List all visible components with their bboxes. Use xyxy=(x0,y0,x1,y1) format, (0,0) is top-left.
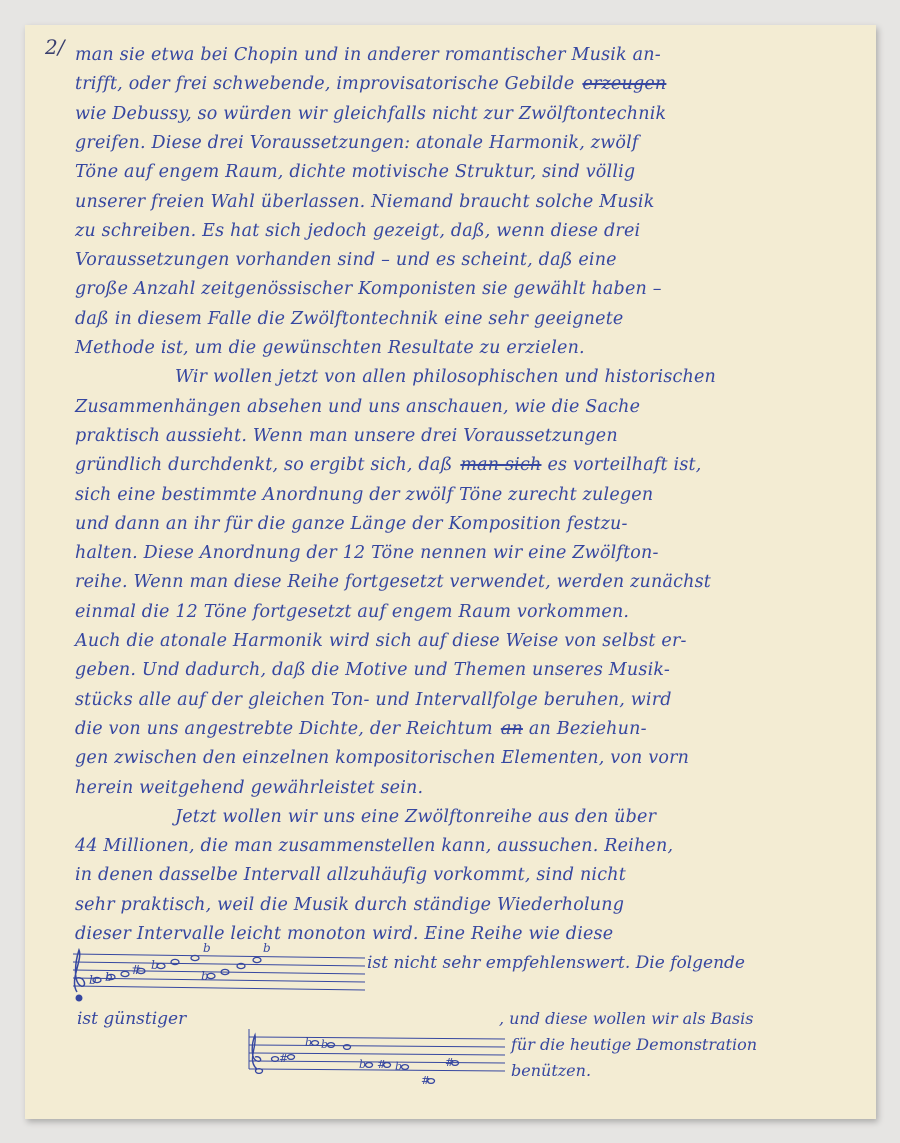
manuscript-line: greifen. Diese drei Voraussetzungen: ato… xyxy=(75,133,639,153)
manuscript-line: geben. Und dadurch, daß die Motive und T… xyxy=(75,660,670,680)
svg-text:#: # xyxy=(279,1052,288,1065)
example2-prefix: ist günstiger xyxy=(77,1009,186,1029)
line-text: Wir wollen jetzt von allen philosophisch… xyxy=(175,367,716,387)
manuscript-line: gen zwischen den einzelnen kompositorisc… xyxy=(75,748,689,768)
manuscript-line: halten. Diese Anordnung der 12 Töne nenn… xyxy=(75,543,659,563)
line-text: Auch die atonale Harmonik wird sich auf … xyxy=(75,631,687,651)
manuscript-line: in denen dasselbe Intervall allzuhäufig … xyxy=(75,865,626,885)
manuscript-line: Auch die atonale Harmonik wird sich auf … xyxy=(75,631,687,651)
manuscript-line: man sie etwa bei Chopin und in anderer r… xyxy=(75,45,661,65)
line-text: sich eine bestimmte Anordnung der zwölf … xyxy=(75,485,653,505)
line-text: Töne auf engem Raum, dichte motivische S… xyxy=(75,162,635,182)
staff-notation-icon: b b # b b b b xyxy=(65,940,375,1006)
line-text: halten. Diese Anordnung der 12 Töne nenn… xyxy=(75,543,659,563)
manuscript-line: sich eine bestimmte Anordnung der zwölf … xyxy=(75,485,653,505)
manuscript-line: wie Debussy, so würden wir gleichfalls n… xyxy=(75,104,666,124)
line-text: einmal die 12 Töne fortgesetzt auf engem… xyxy=(75,602,629,622)
manuscript-page: 2/ man sie etwa bei Chopin und in andere… xyxy=(25,25,876,1119)
manuscript-line: gründlich durchdenkt, so ergibt sich, da… xyxy=(75,455,702,475)
manuscript-line: sehr praktisch, weil die Musik durch stä… xyxy=(75,895,624,915)
line-text: greifen. Diese drei Voraussetzungen: ato… xyxy=(75,133,639,153)
svg-text:#: # xyxy=(445,1056,454,1069)
line-text: praktisch aussieht. Wenn man unsere drei… xyxy=(75,426,618,446)
svg-text:b: b xyxy=(305,1036,312,1049)
line-text: die von uns angestrebte Dichte, der Reic… xyxy=(75,719,493,739)
manuscript-line: reihe. Wenn man diese Reihe fortgesetzt … xyxy=(75,572,711,592)
manuscript-line: stücks alle auf der gleichen Ton- und In… xyxy=(75,690,672,710)
svg-text:b: b xyxy=(201,969,209,983)
line-text-continuation: es vorteilhaft ist, xyxy=(547,455,701,475)
manuscript-line: herein weitgehend gewährleistet sein. xyxy=(75,778,423,798)
line-text: stücks alle auf der gleichen Ton- und In… xyxy=(75,690,672,710)
manuscript-line: praktisch aussieht. Wenn man unsere drei… xyxy=(75,426,618,446)
line-text: trifft, oder frei schwebende, improvisat… xyxy=(75,74,574,94)
manuscript-line: einmal die 12 Töne fortgesetzt auf engem… xyxy=(75,602,629,622)
line-text: gründlich durchdenkt, so ergibt sich, da… xyxy=(75,455,452,475)
manuscript-line: Zusammenhängen absehen und uns anschauen… xyxy=(75,397,640,417)
svg-text:b: b xyxy=(105,970,113,984)
line-text: herein weitgehend gewährleistet sein. xyxy=(75,778,423,798)
example1-caption: ist nicht sehr empfehlenswert. Die folge… xyxy=(367,953,745,973)
page-number: 2/ xyxy=(45,35,64,59)
svg-text:#: # xyxy=(377,1058,386,1071)
svg-text:b: b xyxy=(89,973,97,987)
svg-text:b: b xyxy=(395,1060,402,1073)
manuscript-line: trifft, oder frei schwebende, improvisat… xyxy=(75,74,666,94)
example2-caption-line: für die heutige Demonstration xyxy=(511,1035,757,1054)
line-text: 44 Millionen, die man zusammenstellen ka… xyxy=(75,836,673,856)
line-text: Voraussetzungen vorhanden sind – und es … xyxy=(75,250,617,270)
line-text: in denen dasselbe Intervall allzuhäufig … xyxy=(75,865,626,885)
line-text: Methode ist, um die gewünschten Resultat… xyxy=(75,338,585,358)
manuscript-line: unserer freien Wahl überlassen. Niemand … xyxy=(75,192,655,212)
manuscript-line: zu schreiben. Es hat sich jedoch gezeigt… xyxy=(75,221,640,241)
line-text: zu schreiben. Es hat sich jedoch gezeigt… xyxy=(75,221,640,241)
music-example-2-preferred-row: # b b b # b # # xyxy=(243,1025,513,1095)
manuscript-line: Methode ist, um die gewünschten Resultat… xyxy=(75,338,585,358)
line-text: reihe. Wenn man diese Reihe fortgesetzt … xyxy=(75,572,711,592)
line-text: große Anzahl zeitgenössischer Komponiste… xyxy=(75,279,662,299)
manuscript-line: Töne auf engem Raum, dichte motivische S… xyxy=(75,162,635,182)
staff-notation-icon: # b b b # b # # xyxy=(243,1025,513,1095)
struck-out-word: erzeugen xyxy=(582,74,666,94)
example2-caption-line: , und diese wollen wir als Basis xyxy=(499,1009,753,1028)
line-text: gen zwischen den einzelnen kompositorisc… xyxy=(75,748,689,768)
line-text: Zusammenhängen absehen und uns anschauen… xyxy=(75,397,640,417)
line-text: daß in diesem Falle die Zwölftontechnik … xyxy=(75,309,623,329)
line-text: und dann an ihr für die ganze Länge der … xyxy=(75,514,628,534)
music-example-1-not-recommended-row: b b # b b b b xyxy=(65,940,375,1006)
manuscript-line: Wir wollen jetzt von allen philosophisch… xyxy=(175,367,716,387)
line-text: unserer freien Wahl überlassen. Niemand … xyxy=(75,192,655,212)
svg-text:#: # xyxy=(131,963,141,977)
svg-text:b: b xyxy=(359,1058,366,1071)
manuscript-line: 44 Millionen, die man zusammenstellen ka… xyxy=(75,836,673,856)
manuscript-line: Jetzt wollen wir uns eine Zwölftonreihe … xyxy=(175,807,656,827)
line-text: man sie etwa bei Chopin und in anderer r… xyxy=(75,45,661,65)
svg-text:b: b xyxy=(321,1038,328,1051)
svg-text:#: # xyxy=(421,1074,430,1087)
manuscript-line: und dann an ihr für die ganze Länge der … xyxy=(75,514,628,534)
svg-text:b: b xyxy=(151,958,159,972)
svg-text:b: b xyxy=(203,941,211,955)
line-text: wie Debussy, so würden wir gleichfalls n… xyxy=(75,104,666,124)
line-text: sehr praktisch, weil die Musik durch stä… xyxy=(75,895,624,915)
struck-out-word: man sich xyxy=(460,455,541,475)
manuscript-line: Voraussetzungen vorhanden sind – und es … xyxy=(75,250,617,270)
svg-text:b: b xyxy=(263,941,271,955)
example2-caption-line: benützen. xyxy=(511,1061,591,1080)
manuscript-line: die von uns angestrebte Dichte, der Reic… xyxy=(75,719,647,739)
line-text: geben. Und dadurch, daß die Motive und T… xyxy=(75,660,670,680)
manuscript-line: daß in diesem Falle die Zwölftontechnik … xyxy=(75,309,623,329)
line-text: Jetzt wollen wir uns eine Zwölftonreihe … xyxy=(175,807,656,827)
manuscript-line: große Anzahl zeitgenössischer Komponiste… xyxy=(75,279,662,299)
struck-out-word: an xyxy=(501,719,523,739)
line-text-continuation: an Beziehun- xyxy=(529,719,647,739)
